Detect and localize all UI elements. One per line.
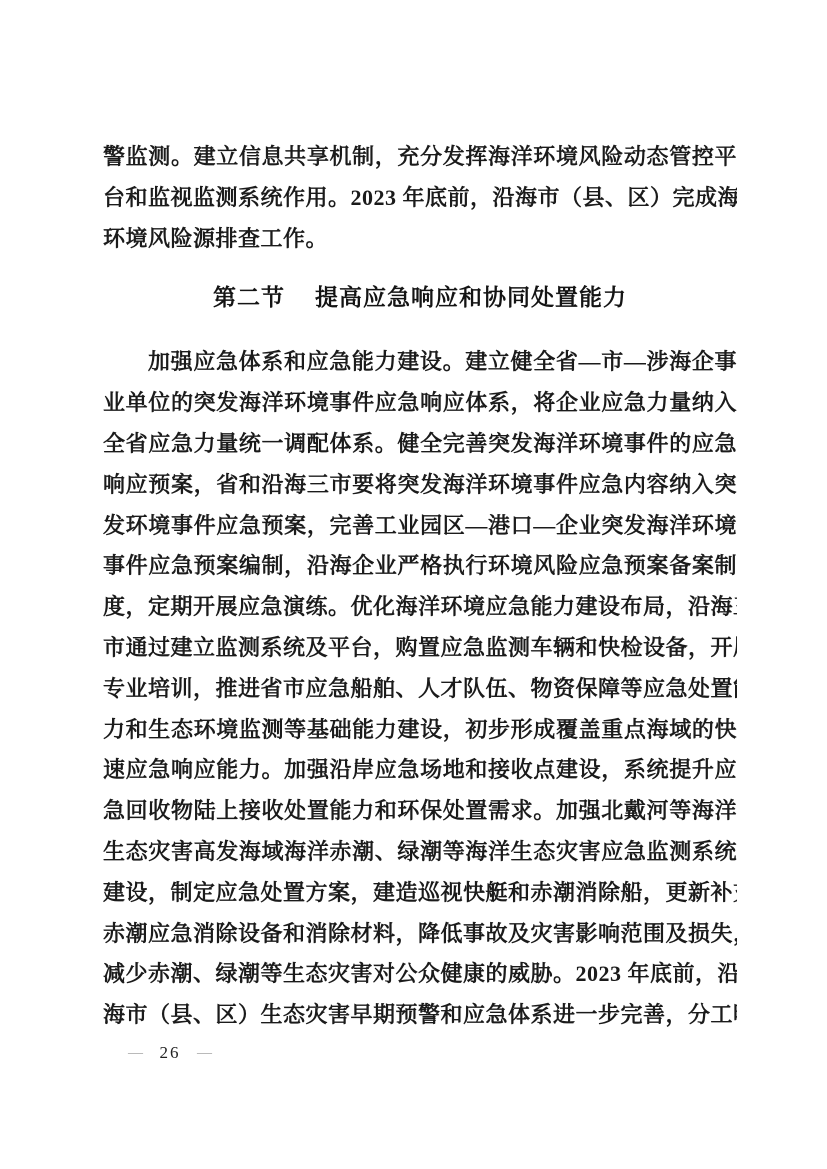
text-line: 专业培训，推进省市应急船舶、人才队伍、物资保障等应急处置能 [103,669,737,710]
text-line: 赤潮应急消除设备和消除材料，降低事故及灾害影响范围及损失， [103,914,737,955]
paragraph-continuation: 警监测。建立信息共享机制，充分发挥海洋环境风险动态管控平台和监视监测系统作用。2… [103,137,737,259]
document-page: 警监测。建立信息共享机制，充分发挥海洋环境风险动态管控平台和监视监测系统作用。2… [0,0,827,1169]
text-line: 建设，制定应急处置方案，建造巡视快艇和赤潮消除船，更新补充 [103,873,737,914]
text-line: 减少赤潮、绿潮等生态灾害对公众健康的威胁。2023 年底前，沿 [103,954,737,995]
text-line: 速应急响应能力。加强沿岸应急场地和接收点建设，系统提升应 [103,750,737,791]
text-line: 发环境事件应急预案，完善工业园区—港口—企业突发海洋环境 [103,506,737,547]
text-line: 急回收物陆上接收处置能力和环保处置需求。加强北戴河等海洋 [103,791,737,832]
section-number: 第二节 [213,285,285,310]
text-line: 环境风险源排查工作。 [103,219,737,260]
text-line: 响应预案，省和沿海三市要将突发海洋环境事件应急内容纳入突 [103,465,737,506]
page-number: 26 [160,1041,181,1065]
text-line: 加强应急体系和应急能力建设。建立健全省—市—涉海企事 [103,342,737,383]
text-line: 台和监视监测系统作用。2023 年底前，沿海市（县、区）完成海洋 [103,178,737,219]
text-line: 海市（县、区）生态灾害早期预警和应急体系进一步完善，分工明 [103,995,737,1036]
text-line: 力和生态环境监测等基础能力建设，初步形成覆盖重点海域的快 [103,710,737,751]
section-heading: 第二节提高应急响应和协同处置能力 [103,277,737,318]
section-title: 提高应急响应和协同处置能力 [315,285,627,310]
text-line: 事件应急预案编制，沿海企业严格执行环境风险应急预案备案制 [103,546,737,587]
text-line: 度，定期开展应急演练。优化海洋环境应急能力建设布局，沿海三 [103,587,737,628]
page-footer: — 26 — [128,1041,212,1065]
text-line: 生态灾害高发海域海洋赤潮、绿潮等海洋生态灾害应急监测系统 [103,832,737,873]
text-line: 市通过建立监测系统及平台，购置应急监测车辆和快检设备，开展 [103,628,737,669]
text-line: 全省应急力量统一调配体系。健全完善突发海洋环境事件的应急 [103,424,737,465]
text-line: 业单位的突发海洋环境事件应急响应体系，将企业应急力量纳入 [103,383,737,424]
page-content: 警监测。建立信息共享机制，充分发挥海洋环境风险动态管控平台和监视监测系统作用。2… [103,137,737,1036]
paragraph-body: 加强应急体系和应急能力建设。建立健全省—市—涉海企事业单位的突发海洋环境事件应急… [103,342,737,1036]
text-line: 警监测。建立信息共享机制，充分发挥海洋环境风险动态管控平 [103,137,737,178]
footer-dash-right: — [197,1043,212,1062]
footer-dash-left: — [128,1043,143,1062]
